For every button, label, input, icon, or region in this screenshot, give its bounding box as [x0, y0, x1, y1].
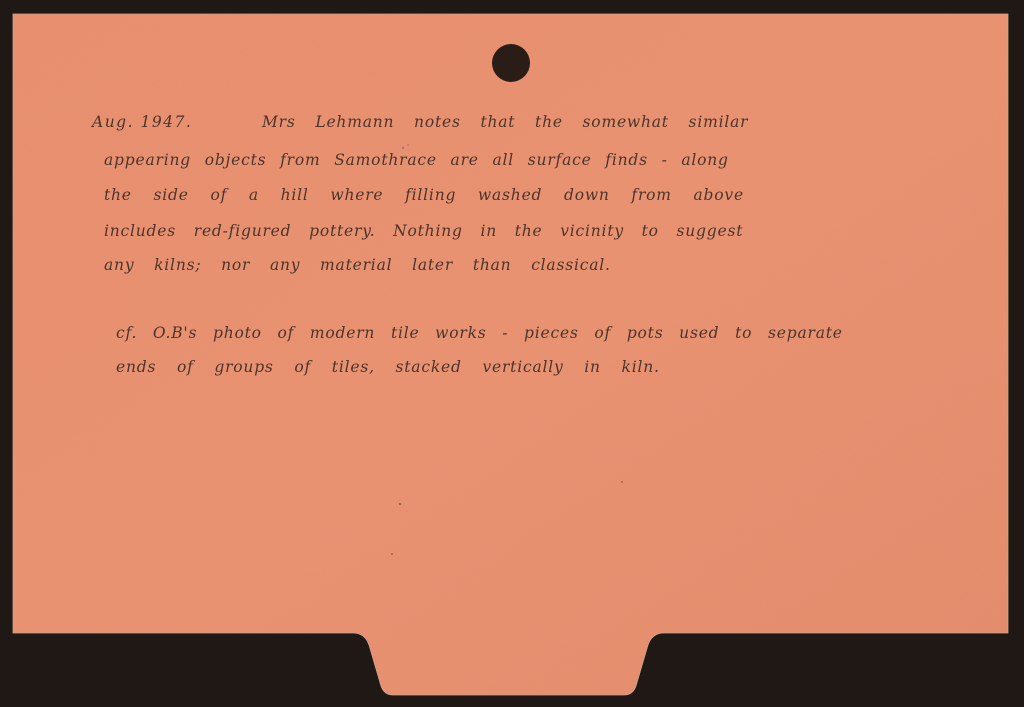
note-line-1: Mrs Lehmann notes that the somewhat simi… — [262, 113, 748, 131]
note-line-2: appearing objects from Samothrace are al… — [104, 151, 729, 169]
note-date: Aug. 1947. — [92, 113, 192, 131]
note-line-4: includes red-figured pottery. Nothing in… — [104, 222, 743, 240]
scanned-index-card-scene: Aug. 1947. Mrs Lehmann notes that the so… — [0, 0, 1024, 707]
note-line-6: cf. O.B's photo of modern tile works - p… — [116, 324, 843, 342]
note-line-5: any kilns; nor any material later than c… — [104, 256, 611, 274]
note-line-3: the side of a hill where filling washed … — [104, 186, 744, 204]
note-line-7: ends of groups of tiles, stacked vertica… — [116, 358, 660, 376]
handwritten-note: Aug. 1947. Mrs Lehmann notes that the so… — [0, 0, 1024, 707]
